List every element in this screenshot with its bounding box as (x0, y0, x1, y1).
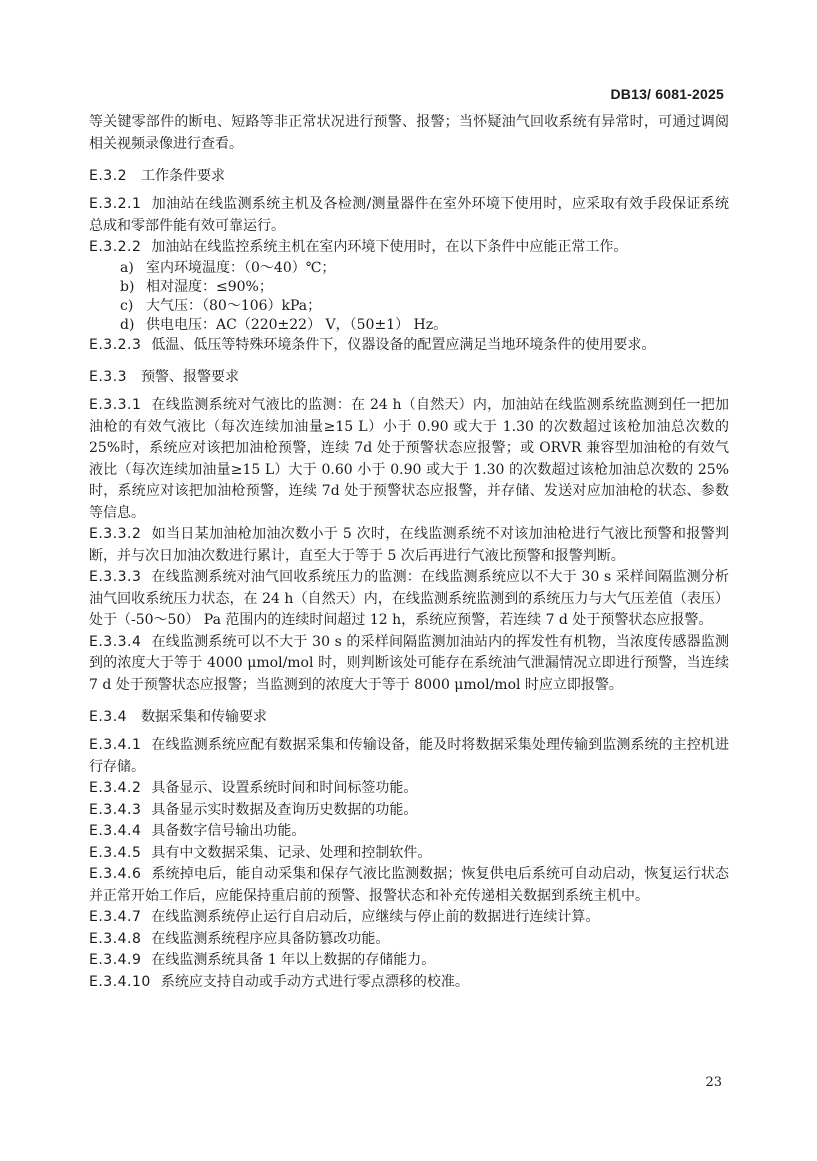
clause-e343: E.3.4.3具备显示实时数据及查询历史数据的功能。 (89, 800, 729, 822)
clause-number: E.3.2.1 (89, 196, 141, 212)
section-title: 预警、报警要求 (141, 369, 239, 385)
page-number: 23 (705, 1075, 722, 1090)
clause-number: E.3.3.2 (89, 526, 141, 542)
clause-e346: E.3.4.6系统掉电后，能自动采集和保存气液比监测数据；恢复供电后系统可自动启… (89, 864, 729, 907)
clause-e333: E.3.3.3在线监测系统对油气回收系统压力的监测：在线监测系统应以不大于 30… (89, 567, 729, 632)
clause-e334: E.3.3.4在线监测系统可以不大于 30 s 的采样间隔监测加油站内的挥发性有… (89, 632, 729, 697)
clause-number: E.3.4.8 (89, 931, 141, 947)
list-marker: d) (120, 316, 146, 335)
clause-number: E.3.4.4 (89, 823, 141, 839)
clause-e349: E.3.4.9在线监测系统具备 1 年以上数据的存储能力。 (89, 950, 729, 972)
list-item-b: b)相对湿度：≤90%； (89, 278, 729, 297)
clause-e348: E.3.4.8在线监测系统程序应具备防篡改功能。 (89, 929, 729, 951)
section-heading-e32: E.3.2工作条件要求 (89, 166, 729, 186)
clause-number: E.3.2.2 (89, 239, 141, 255)
section-title: 工作条件要求 (141, 168, 225, 184)
continuation-paragraph: 等关键零部件的断电、短路等非正常状况进行预警、报警；当怀疑油气回收系统有异常时，… (89, 112, 729, 155)
clause-text: 系统应支持自动或手动方式进行零点漂移的校准。 (161, 974, 469, 990)
clause-e341: E.3.4.1在线监测系统应配有数据采集和传输设备，能及时将数据采集处理传输到监… (89, 735, 729, 778)
clause-text: 低温、低压等特殊环境条件下，仪器设备的配置应满足当地环境条件的使用要求。 (151, 337, 655, 353)
clause-e344: E.3.4.4具备数字信号输出功能。 (89, 821, 729, 843)
clause-text: 如当日某加油枪加油次数小于 5 次时，在线监测系统不对该加油枪进行气液比预警和报… (89, 526, 729, 564)
clause-text: 系统掉电后，能自动采集和保存气液比监测数据；恢复供电后系统可自动启动，恢复运行状… (89, 866, 729, 904)
clause-e332: E.3.3.2如当日某加油枪加油次数小于 5 次时，在线监测系统不对该加油枪进行… (89, 524, 729, 567)
clause-text: 加油站在线监测系统主机及各检测/测量器件在室外环境下使用时，应采取有效手段保证系… (89, 196, 729, 234)
page-content: 等关键零部件的断电、短路等非正常状况进行预警、报警；当怀疑油气回收系统有异常时，… (89, 112, 729, 993)
list-text: 相对湿度：≤90%； (146, 279, 273, 295)
clause-e331: E.3.3.1在线监测系统对气液比的监测：在 24 h（自然天）内，加油站在线监… (89, 395, 729, 524)
clause-text: 具备数字信号输出功能。 (151, 823, 305, 839)
clause-number: E.3.2.3 (89, 337, 141, 353)
clause-number: E.3.4.2 (89, 780, 141, 796)
list-marker: a) (120, 259, 146, 278)
section-heading-e34: E.3.4数据采集和传输要求 (89, 707, 729, 727)
clause-number: E.3.4.3 (89, 802, 141, 818)
clause-e323: E.3.2.3低温、低压等特殊环境条件下，仪器设备的配置应满足当地环境条件的使用… (89, 335, 729, 357)
clause-text: 具备显示实时数据及查询历史数据的功能。 (151, 802, 417, 818)
list-text: 室内环境温度：（0～40）℃； (146, 260, 335, 276)
list-marker: c) (120, 297, 146, 316)
section-title: 数据采集和传输要求 (141, 709, 267, 725)
clause-text: 加油站在线监控系统主机在室内环境下使用时，在以下条件中应能正常工作。 (151, 239, 627, 255)
document-id: DB13/ 6081-2025 (610, 86, 724, 102)
section-number: E.3.2 (89, 168, 127, 184)
clause-number: E.3.3.3 (89, 569, 141, 585)
clause-number: E.3.3.1 (89, 397, 141, 413)
section-number: E.3.4 (89, 709, 127, 725)
clause-number: E.3.4.10 (89, 974, 151, 990)
list-marker: b) (120, 278, 146, 297)
clause-text: 具备显示、设置系统时间和时间标签功能。 (151, 780, 417, 796)
clause-e347: E.3.4.7在线监测系统停止运行自启动后，应继续与停止前的数据进行连续计算。 (89, 907, 729, 929)
clause-text: 在线监测系统程序应具备防篡改功能。 (151, 931, 389, 947)
clause-e342: E.3.4.2具备显示、设置系统时间和时间标签功能。 (89, 778, 729, 800)
list-text: 大气压：（80～106）kPa； (146, 298, 321, 314)
clause-text: 具有中文数据采集、记录、处理和控制软件。 (151, 845, 431, 861)
clause-number: E.3.4.6 (89, 866, 141, 882)
list-item-c: c)大气压：（80～106）kPa； (89, 297, 729, 316)
clause-e345: E.3.4.5具有中文数据采集、记录、处理和控制软件。 (89, 843, 729, 865)
list-text: 供电电压：AC（220±22） V，（50±1） Hz。 (146, 317, 447, 333)
list-item-a: a)室内环境温度：（0～40）℃； (89, 259, 729, 278)
clause-e322: E.3.2.2加油站在线监控系统主机在室内环境下使用时，在以下条件中应能正常工作… (89, 237, 729, 259)
clause-text: 在线监测系统对气液比的监测：在 24 h（自然天）内，加油站在线监测系统监测到任… (89, 397, 729, 521)
clause-e3410: E.3.4.10系统应支持自动或手动方式进行零点漂移的校准。 (89, 972, 729, 994)
clause-text: 在线监测系统可以不大于 30 s 的采样间隔监测加油站内的挥发性有机物，当浓度传… (89, 634, 729, 693)
clause-number: E.3.4.7 (89, 909, 141, 925)
clause-number: E.3.4.1 (89, 737, 141, 753)
section-number: E.3.3 (89, 369, 127, 385)
clause-text: 在线监测系统应配有数据采集和传输设备，能及时将数据采集处理传输到监测系统的主控机… (89, 737, 729, 775)
clause-number: E.3.4.9 (89, 952, 141, 968)
clause-number: E.3.3.4 (89, 634, 141, 650)
list-item-d: d)供电电压：AC（220±22） V，（50±1） Hz。 (89, 316, 729, 335)
section-heading-e33: E.3.3预警、报警要求 (89, 367, 729, 387)
clause-text: 在线监测系统对油气回收系统压力的监测：在线监测系统应以不大于 30 s 采样间隔… (89, 569, 729, 628)
clause-e321: E.3.2.1加油站在线监测系统主机及各检测/测量器件在室外环境下使用时，应采取… (89, 194, 729, 237)
clause-text: 在线监测系统具备 1 年以上数据的存储能力。 (151, 952, 435, 968)
clause-text: 在线监测系统停止运行自启动后，应继续与停止前的数据进行连续计算。 (151, 909, 599, 925)
clause-number: E.3.4.5 (89, 845, 141, 861)
document-page: DB13/ 6081-2025 等关键零部件的断电、短路等非正常状况进行预警、报… (0, 0, 817, 1161)
